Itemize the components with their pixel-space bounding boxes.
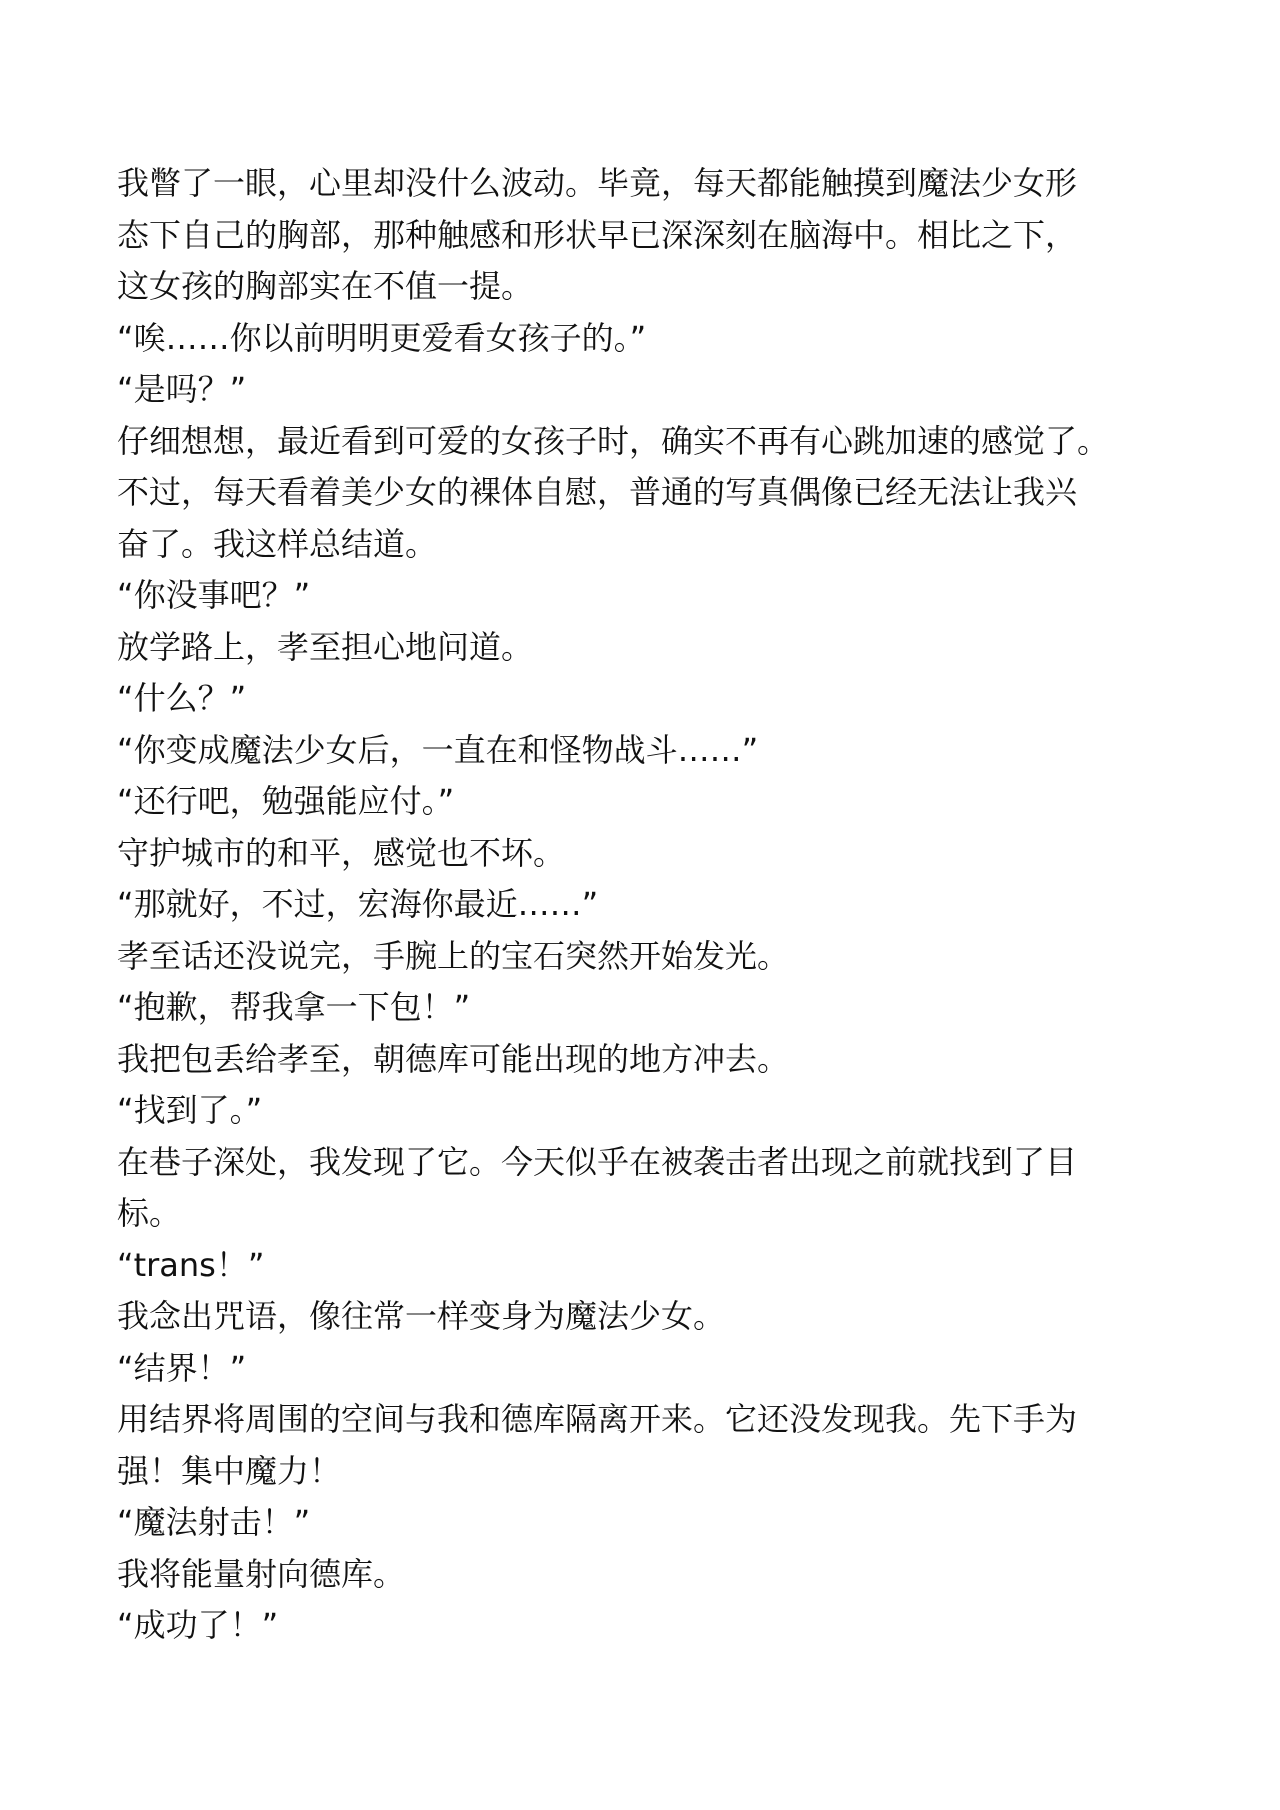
dialogue-line: “唉……你以前明明更爱看女孩子的。” bbox=[117, 313, 1207, 365]
text-line: 孝至话还没说完，手腕上的宝石突然开始发光。 bbox=[117, 931, 1207, 983]
dialogue-line: “trans！” bbox=[117, 1240, 1207, 1292]
dialogue-line: “抱歉，帮我拿一下包！” bbox=[117, 982, 1207, 1034]
dialogue-line: “什么？” bbox=[117, 673, 1207, 725]
text-line: 强！集中魔力！ bbox=[117, 1446, 1207, 1498]
text-line: 用结界将周围的空间与我和德库隔离开来。它还没发现我。先下手为 bbox=[117, 1394, 1207, 1446]
dialogue-line: “是吗？” bbox=[117, 364, 1207, 416]
dialogue-line: “那就好，不过，宏海你最近……” bbox=[117, 879, 1207, 931]
text-line: 态下自己的胸部，那种触感和形状早已深深刻在脑海中。相比之下， bbox=[117, 210, 1207, 262]
dialogue-line: “魔法射击！” bbox=[117, 1497, 1207, 1549]
text-line: 放学路上，孝至担心地问道。 bbox=[117, 622, 1207, 674]
text-line: 我瞥了一眼，心里却没什么波动。毕竟，每天都能触摸到魔法少女形 bbox=[117, 158, 1207, 210]
text-line: 仔细想想，最近看到可爱的女孩子时，确实不再有心跳加速的感觉了。 bbox=[117, 416, 1207, 468]
text-line: 在巷子深处，我发现了它。今天似乎在被袭击者出现之前就找到了目 bbox=[117, 1137, 1207, 1189]
text-line: 我把包丢给孝至，朝德库可能出现的地方冲去。 bbox=[117, 1034, 1207, 1086]
dialogue-line: “还行吧，勉强能应付。” bbox=[117, 776, 1207, 828]
text-line: 奋了。我这样总结道。 bbox=[117, 519, 1207, 571]
dialogue-line: “找到了。” bbox=[117, 1085, 1207, 1137]
text-line: 我将能量射向德库。 bbox=[117, 1549, 1207, 1601]
text-line: 这女孩的胸部实在不值一提。 bbox=[117, 261, 1207, 313]
text-line: 不过，每天看着美少女的裸体自慰，普通的写真偶像已经无法让我兴 bbox=[117, 467, 1207, 519]
dialogue-line: “结界！” bbox=[117, 1343, 1207, 1395]
text-line: 守护城市的和平，感觉也不坏。 bbox=[117, 828, 1207, 880]
dialogue-line: “成功了！” bbox=[117, 1600, 1207, 1652]
document-page: 我瞥了一眼，心里却没什么波动。毕竟，每天都能触摸到魔法少女形 态下自己的胸部，那… bbox=[117, 158, 1207, 1652]
text-line: 我念出咒语，像往常一样变身为魔法少女。 bbox=[117, 1291, 1207, 1343]
dialogue-line: “你没事吧？” bbox=[117, 570, 1207, 622]
dialogue-line: “你变成魔法少女后，一直在和怪物战斗……” bbox=[117, 725, 1207, 777]
text-line: 标。 bbox=[117, 1188, 1207, 1240]
